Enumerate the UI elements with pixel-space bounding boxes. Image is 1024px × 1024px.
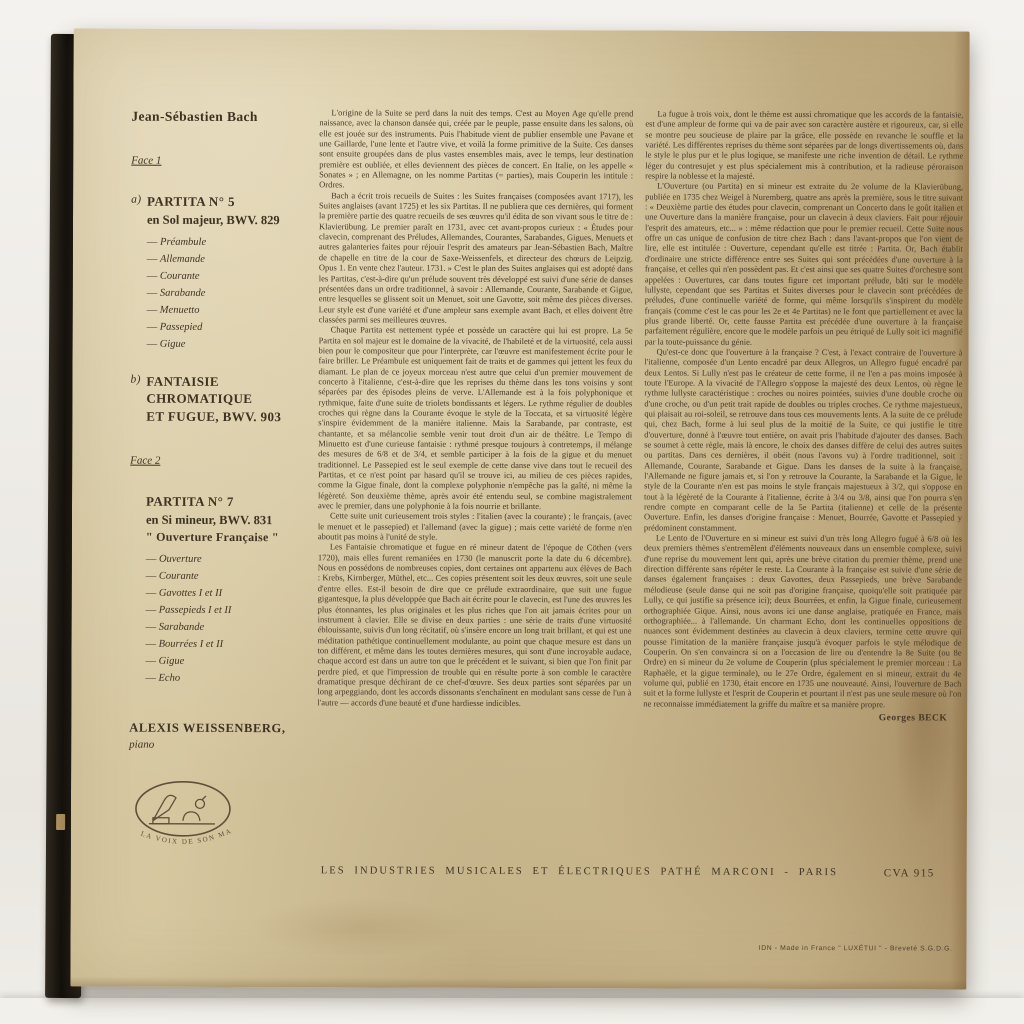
partita7-movements: Ouverture Courante Gavottes I et II Pass…	[145, 550, 325, 687]
author-signature: Georges BECK	[643, 712, 961, 723]
work-partita7-nickname: " Ouverture Française "	[146, 529, 326, 545]
paragraph: L'origine de la Suite se perd dans la nu…	[319, 107, 633, 191]
publisher-line: LES INDUSTRIES MUSICALES ET ÉLECTRIQUES …	[321, 865, 838, 878]
paragraph: L'Ouverture (ou Partita) en si mineur es…	[645, 181, 964, 348]
work-partita5: a)PARTITA N° 5 en Sol majeur, BWV. 829 P…	[147, 193, 328, 353]
work-partita7-key: en Si mineur, BWV. 831	[146, 512, 326, 528]
face1-label: Face 1	[131, 155, 327, 168]
performer-name: ALEXIS WEISSENBERG,	[129, 720, 325, 736]
work-fantaisie-title: b)FANTAISIE CHROMATIQUE ET FUGUE, BWV. 9…	[146, 372, 326, 425]
artist-name: Jean-Sébastien Bach	[131, 109, 327, 126]
shelf-surface	[0, 998, 1024, 1024]
age-stain	[250, 897, 470, 958]
movement: Ouverture	[146, 550, 326, 568]
paragraph: Les Fantaisie chromatique et fugue en ré…	[317, 542, 632, 709]
work-partita7: PARTITA N° 7 en Si mineur, BWV. 831 " Ou…	[145, 493, 326, 687]
work-partita5-key: en Sol majeur, BWV. 829	[147, 212, 327, 228]
spine-sticker	[56, 814, 65, 830]
paragraph: Chaque Partita est nettement typée et po…	[318, 325, 633, 512]
movement: Passepied	[147, 318, 327, 336]
tracklist-sidebar: Jean-Sébastien Bach Face 1 a)PARTITA N° …	[129, 109, 328, 866]
paragraph: Qu'est-ce donc que l'ouverture à la fran…	[644, 346, 963, 533]
work-partita5-prefix: a)	[131, 193, 141, 209]
album-back-cover: Jean-Sébastien Bach Face 1 a)PARTITA N° …	[70, 28, 969, 989]
movement: Sarabande	[146, 618, 326, 636]
face2-label: Face 2	[130, 455, 326, 468]
paragraph: Cette suite unit curieusement trois styl…	[318, 511, 632, 543]
partita5-movements: Préambule Allemande Courante Sarabande M…	[147, 233, 327, 353]
movement: Echo	[145, 669, 325, 687]
work-partita5-title: a)PARTITA N° 5	[147, 193, 327, 211]
performer-credit: ALEXIS WEISSENBERG, piano	[129, 720, 325, 751]
movement: Menuetto	[147, 301, 327, 319]
photo-backdrop: Jean-Sébastien Bach Face 1 a)PARTITA N° …	[0, 0, 1024, 1024]
movement: Courante	[147, 267, 327, 285]
gramophone-and-dog-icon	[149, 795, 215, 824]
work-fantaisie: b)FANTAISIE CHROMATIQUE ET FUGUE, BWV. 9…	[146, 372, 326, 425]
la-voix-de-son-maitre-logo: LA VOIX DE SON MAITRE	[123, 776, 325, 866]
movement: Gavottes I et II	[146, 584, 326, 602]
liner-notes-column-1: L'origine de la Suite se perd dans la nu…	[317, 107, 633, 708]
liner-notes-column-2: La fugue à trois voix, dont le thème est…	[643, 108, 963, 723]
catalog-number: CVA 915	[884, 867, 935, 879]
paragraph: Le Lento de l'Ouverture en si mineur est…	[643, 533, 962, 710]
movement: Gigue	[145, 652, 325, 670]
performer-instrument: piano	[129, 738, 325, 751]
movement: Préambule	[147, 233, 327, 251]
movement: Courante	[146, 567, 326, 585]
fine-print: IDN - Made in France " LUXÉTUI " - Breve…	[759, 945, 953, 953]
movement: Passepieds I et II	[146, 601, 326, 619]
movement: Bourrées I et II	[145, 635, 325, 653]
work-fantaisie-prefix: b)	[130, 372, 140, 388]
movement: Allemande	[147, 250, 327, 268]
logo-oval	[136, 781, 230, 835]
movement: Sarabande	[147, 284, 327, 302]
paragraph: La fugue à trois voix, dont le thème est…	[645, 108, 963, 182]
paragraph: Bach a écrit trois recueils de Suites : …	[319, 190, 633, 326]
movement: Gigue	[147, 335, 327, 353]
work-partita7-title: PARTITA N° 7	[146, 493, 326, 511]
